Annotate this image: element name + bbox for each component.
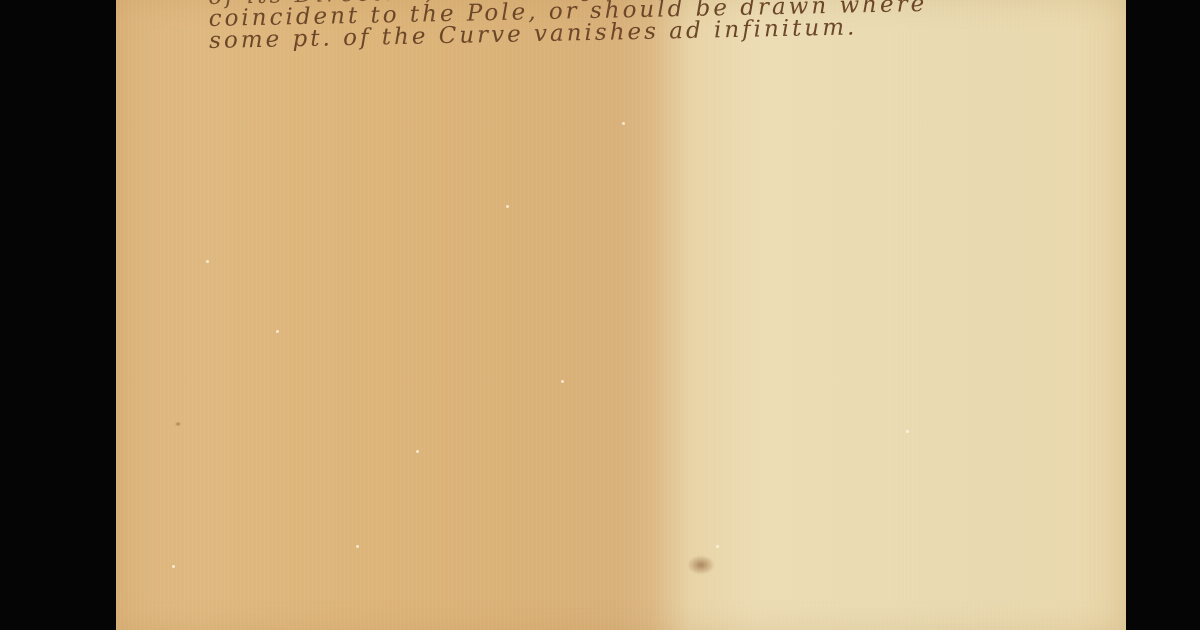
- paper-speck: [276, 330, 279, 333]
- manuscript-page: of its Directrix, which may be coinciden…: [116, 0, 1126, 630]
- paper-speck: [416, 450, 419, 453]
- paper-speck: [506, 205, 509, 208]
- paper-speck: [561, 380, 564, 383]
- paper-speck: [716, 545, 719, 548]
- document-viewer: of its Directrix, which may be coinciden…: [0, 0, 1200, 630]
- paper-speck: [906, 430, 909, 433]
- handwritten-text: of its Directrix, which may be coinciden…: [208, 0, 1109, 52]
- paper-speck: [356, 545, 359, 548]
- paper-speck: [206, 260, 209, 263]
- paper-speck: [622, 122, 625, 125]
- paper-speck: [172, 565, 175, 568]
